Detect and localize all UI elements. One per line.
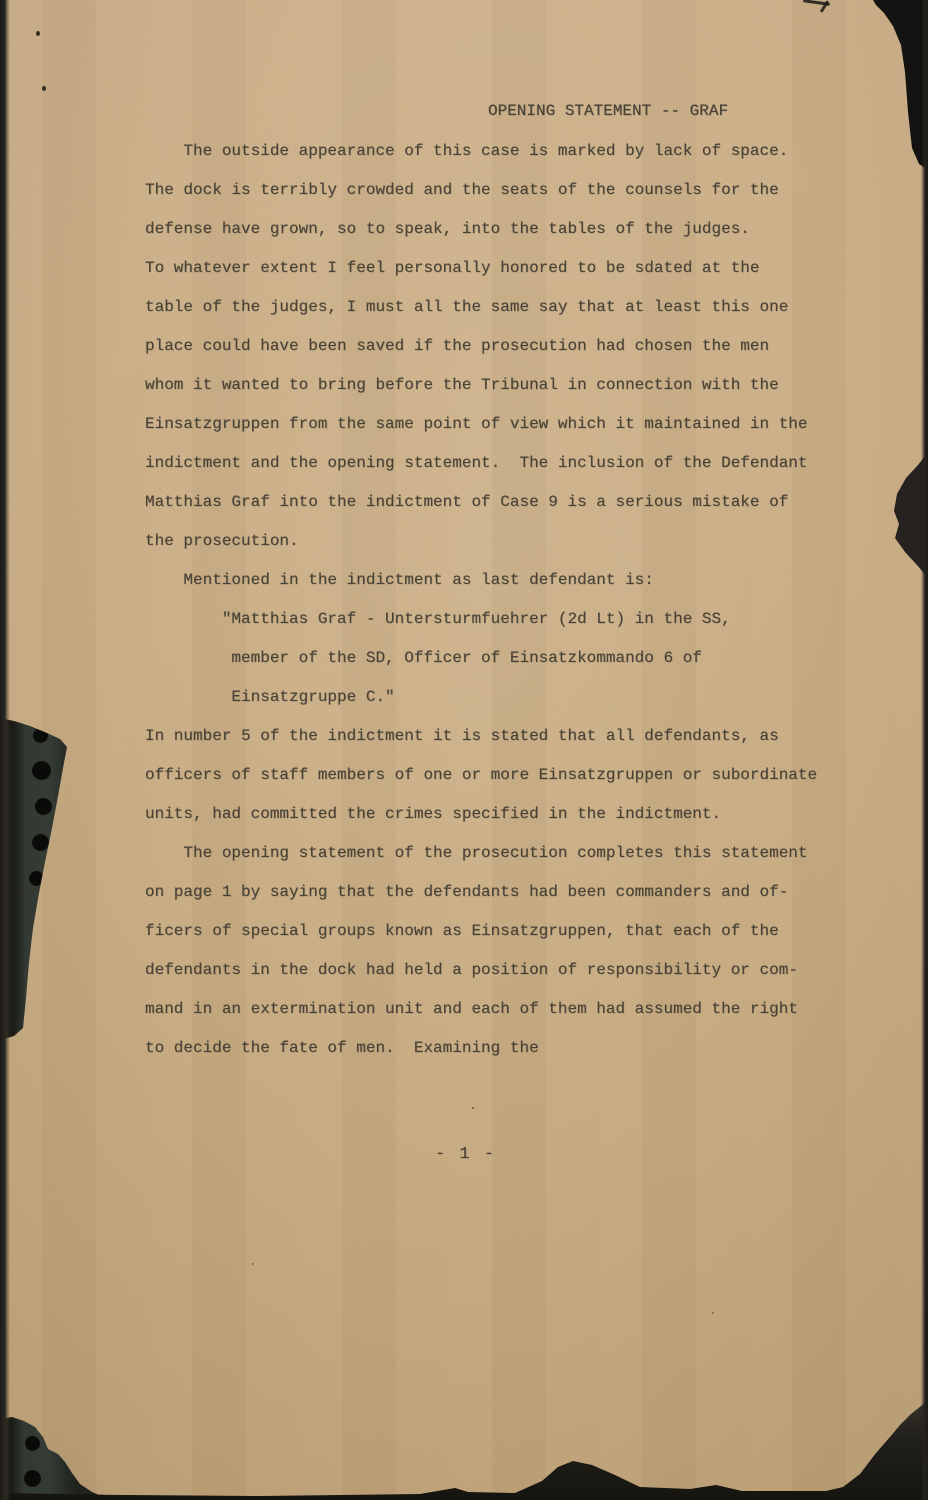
- punch-hole: [25, 1436, 40, 1451]
- punch-hole: [24, 1470, 41, 1487]
- paper-speck: [712, 1312, 714, 1314]
- document-body: The outside appearance of this case is m…: [145, 132, 845, 1068]
- text-line: Einsatzgruppe C.": [145, 678, 845, 717]
- punch-hole: [32, 761, 51, 780]
- scan-edge-right: [921, 0, 928, 1500]
- text-line: mand in an extermination unit and each o…: [145, 990, 845, 1029]
- text-line: member of the SD, Officer of Einsatzkomm…: [145, 639, 845, 678]
- text-line: defendants in the dock had held a positi…: [145, 951, 845, 990]
- paper-speck: [36, 31, 40, 36]
- scan-edge-left: [0, 0, 10, 1500]
- text-line: The outside appearance of this case is m…: [145, 132, 845, 171]
- text-line: units, had committed the crimes specifie…: [145, 795, 845, 834]
- text-line: Mentioned in the indictment as last defe…: [145, 561, 845, 600]
- punch-hole: [29, 871, 44, 886]
- text-line: The dock is terribly crowded and the sea…: [145, 171, 845, 210]
- text-line: Einsatzgruppen from the same point of vi…: [145, 405, 845, 444]
- page-number: - 1 -: [435, 1143, 496, 1167]
- paper-speck: [252, 1263, 254, 1265]
- text-line: In number 5 of the indictment it is stat…: [145, 717, 845, 756]
- page-title: OPENING STATEMENT -- GRAF: [488, 101, 728, 121]
- text-line: Matthias Graf into the indictment of Cas…: [145, 483, 845, 522]
- punch-hole: [33, 728, 48, 743]
- punch-hole: [32, 834, 49, 851]
- text-line: indictment and the opening statement. Th…: [145, 444, 845, 483]
- text-line: place could have been saved if the prose…: [145, 327, 845, 366]
- text-line: on page 1 by saying that the defendants …: [145, 873, 845, 912]
- text-line: the prosecution.: [145, 522, 845, 561]
- text-line: whom it wanted to bring before the Tribu…: [145, 366, 845, 405]
- text-line: "Matthias Graf - Untersturmfuehrer (2d L…: [145, 600, 845, 639]
- text-line: to decide the fate of men. Examining the: [145, 1029, 845, 1068]
- paper-speck: [42, 86, 46, 91]
- text-line: ficers of special groups known as Einsat…: [145, 912, 845, 951]
- punch-hole: [35, 798, 52, 815]
- text-line: officers of staff members of one or more…: [145, 756, 845, 795]
- text-line: table of the judges, I must all the same…: [145, 288, 845, 327]
- paper-speck: [472, 1107, 474, 1109]
- scanned-page: OPENING STATEMENT -- GRAF The outside ap…: [0, 0, 928, 1500]
- text-line: To whatever extent I feel personally hon…: [145, 249, 845, 288]
- text-line: The opening statement of the prosecution…: [145, 834, 845, 873]
- text-line: defense have grown, so to speak, into th…: [145, 210, 845, 249]
